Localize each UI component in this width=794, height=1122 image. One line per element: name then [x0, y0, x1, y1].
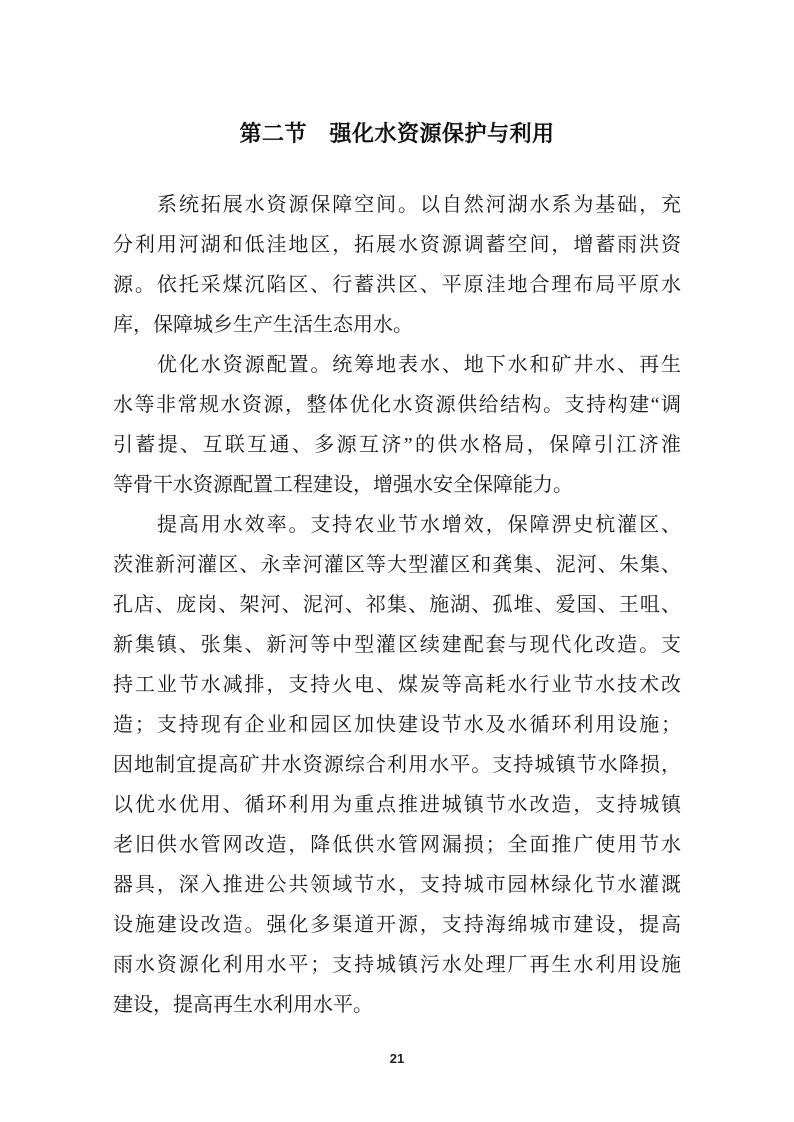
paragraph-line: 库，保障城乡生产生活生态用水。 — [113, 305, 681, 345]
paragraph-line: 提高用水效率。支持农业节水增效，保障淠史杭灌区、 — [113, 505, 681, 545]
paragraph-line: 系统拓展水资源保障空间。以自然河湖水系为基础，充 — [113, 185, 681, 225]
paragraph-line: 设施建设改造。强化多渠道开源，支持海绵城市建设，提高 — [113, 905, 681, 945]
paragraph-line: 器具，深入推进公共领域节水，支持城市园林绿化节水灌溉 — [113, 865, 681, 905]
paragraph-line: 茨淮新河灌区、永幸河灌区等大型灌区和龚集、泥河、朱集、 — [113, 545, 681, 585]
document-page: 第二节 强化水资源保护与利用 系统拓展水资源保障空间。以自然河湖水系为基础，充 … — [0, 0, 794, 1122]
paragraph-line: 优化水资源配置。统筹地表水、地下水和矿井水、再生 — [113, 345, 681, 385]
paragraph-2: 优化水资源配置。统筹地表水、地下水和矿井水、再生 水等非常规水资源，整体优化水资… — [113, 345, 681, 505]
paragraph-line: 因地制宜提高矿井水资源综合利用水平。支持城镇节水降损， — [113, 745, 681, 785]
body-text: 系统拓展水资源保障空间。以自然河湖水系为基础，充 分利用河湖和低洼地区，拓展水资… — [113, 185, 681, 1025]
paragraph-line: 以优水优用、循环利用为重点推进城镇节水改造，支持城镇 — [113, 785, 681, 825]
paragraph-line: 建设，提高再生水利用水平。 — [113, 985, 681, 1025]
paragraph-1: 系统拓展水资源保障空间。以自然河湖水系为基础，充 分利用河湖和低洼地区，拓展水资… — [113, 185, 681, 345]
paragraph-line: 老旧供水管网改造，降低供水管网漏损；全面推广使用节水 — [113, 825, 681, 865]
paragraph-line: 孔店、庞岗、架河、泥河、祁集、施湖、孤堆、爱国、王咀、 — [113, 585, 681, 625]
paragraph-3: 提高用水效率。支持农业节水增效，保障淠史杭灌区、 茨淮新河灌区、永幸河灌区等大型… — [113, 505, 681, 1025]
paragraph-line: 造；支持现有企业和园区加快建设节水及水循环利用设施； — [113, 705, 681, 745]
paragraph-line: 水等非常规水资源，整体优化水资源供给结构。支持构建“调 — [113, 385, 681, 425]
paragraph-line: 引蓄提、互联互通、多源互济”的供水格局，保障引江济淮 — [113, 425, 681, 465]
paragraph-line: 新集镇、张集、新河等中型灌区续建配套与现代化改造。支 — [113, 625, 681, 665]
section-title: 第二节 强化水资源保护与利用 — [0, 15, 794, 149]
paragraph-line: 持工业节水减排，支持火电、煤炭等高耗水行业节水技术改 — [113, 665, 681, 705]
paragraph-line: 等骨干水资源配置工程建设，增强水安全保障能力。 — [113, 465, 681, 505]
page-number: 21 — [0, 1051, 794, 1066]
paragraph-line: 分利用河湖和低洼地区，拓展水资源调蓄空间，增蓄雨洪资 — [113, 225, 681, 265]
paragraph-line: 源。依托采煤沉陷区、行蓄洪区、平原洼地合理布局平原水 — [113, 265, 681, 305]
paragraph-line: 雨水资源化利用水平；支持城镇污水处理厂再生水利用设施 — [113, 945, 681, 985]
